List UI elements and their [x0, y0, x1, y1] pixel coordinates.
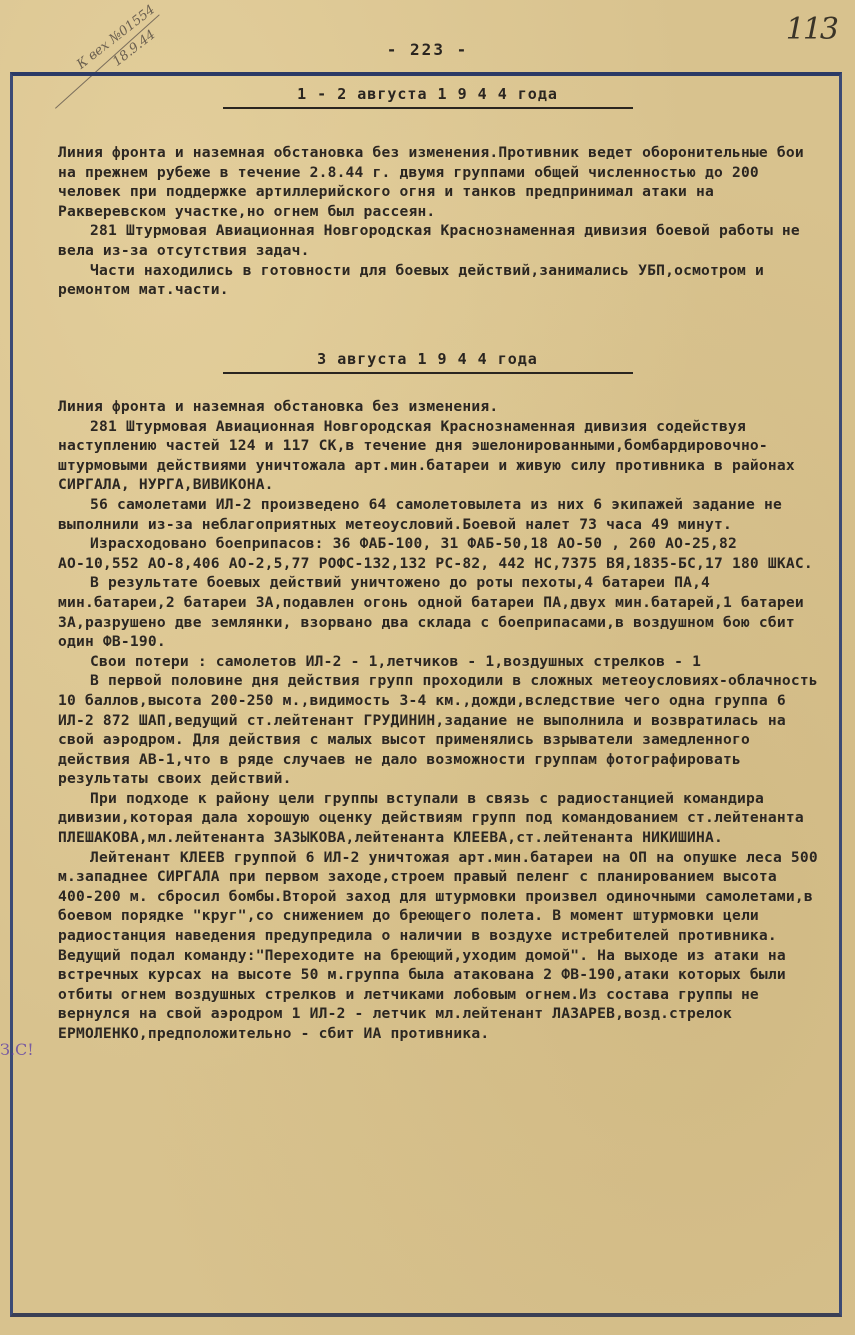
heading-text: 3 августа 1 9 4 4 года — [317, 350, 538, 368]
section-heading-aug-1-2: 1 - 2 августа 1 9 4 4 года — [0, 85, 855, 109]
paragraph: Линия фронта и наземная обстановка без и… — [58, 397, 818, 417]
paragraph: В первой половине дня действия групп про… — [58, 671, 818, 789]
section-body-aug-3: Линия фронта и наземная обстановка без и… — [58, 397, 818, 1044]
paragraph: Лейтенант КЛЕЕВ группой 6 ИЛ-2 уничтожая… — [58, 848, 818, 1044]
paragraph: 281 Штурмовая Авиационная Новгородская К… — [58, 417, 818, 495]
section-heading-aug-3: 3 августа 1 9 4 4 года — [0, 350, 855, 374]
page-number: - 223 - — [0, 40, 855, 59]
paragraph: Линия фронта и наземная обстановка без и… — [58, 143, 818, 221]
paragraph: В результате боевых действий уничтожено … — [58, 573, 818, 651]
archive-handwritten-note: К вех №01554 18.9.44 — [22, 0, 117, 10]
paragraph: Израсходовано боеприпасов: 36 ФАБ-100, 3… — [58, 534, 818, 573]
paragraph: 281 Штурмовая Авиационная Новгородская К… — [58, 221, 818, 260]
margin-ink-stamp: З.С! — [0, 1040, 34, 1059]
paragraph: Части находились в готовности для боевых… — [58, 261, 818, 300]
heading-text: 1 - 2 августа 1 9 4 4 года — [297, 85, 558, 103]
section-body-aug-1-2: Линия фронта и наземная обстановка без и… — [58, 143, 818, 300]
paragraph: Свои потери : самолетов ИЛ-2 - 1,летчико… — [58, 652, 818, 672]
paragraph: 56 самолетами ИЛ-2 произведено 64 самоле… — [58, 495, 818, 534]
heading-underline — [223, 107, 633, 109]
paragraph: При подходе к району цели группы вступал… — [58, 789, 818, 848]
heading-underline — [223, 372, 633, 374]
